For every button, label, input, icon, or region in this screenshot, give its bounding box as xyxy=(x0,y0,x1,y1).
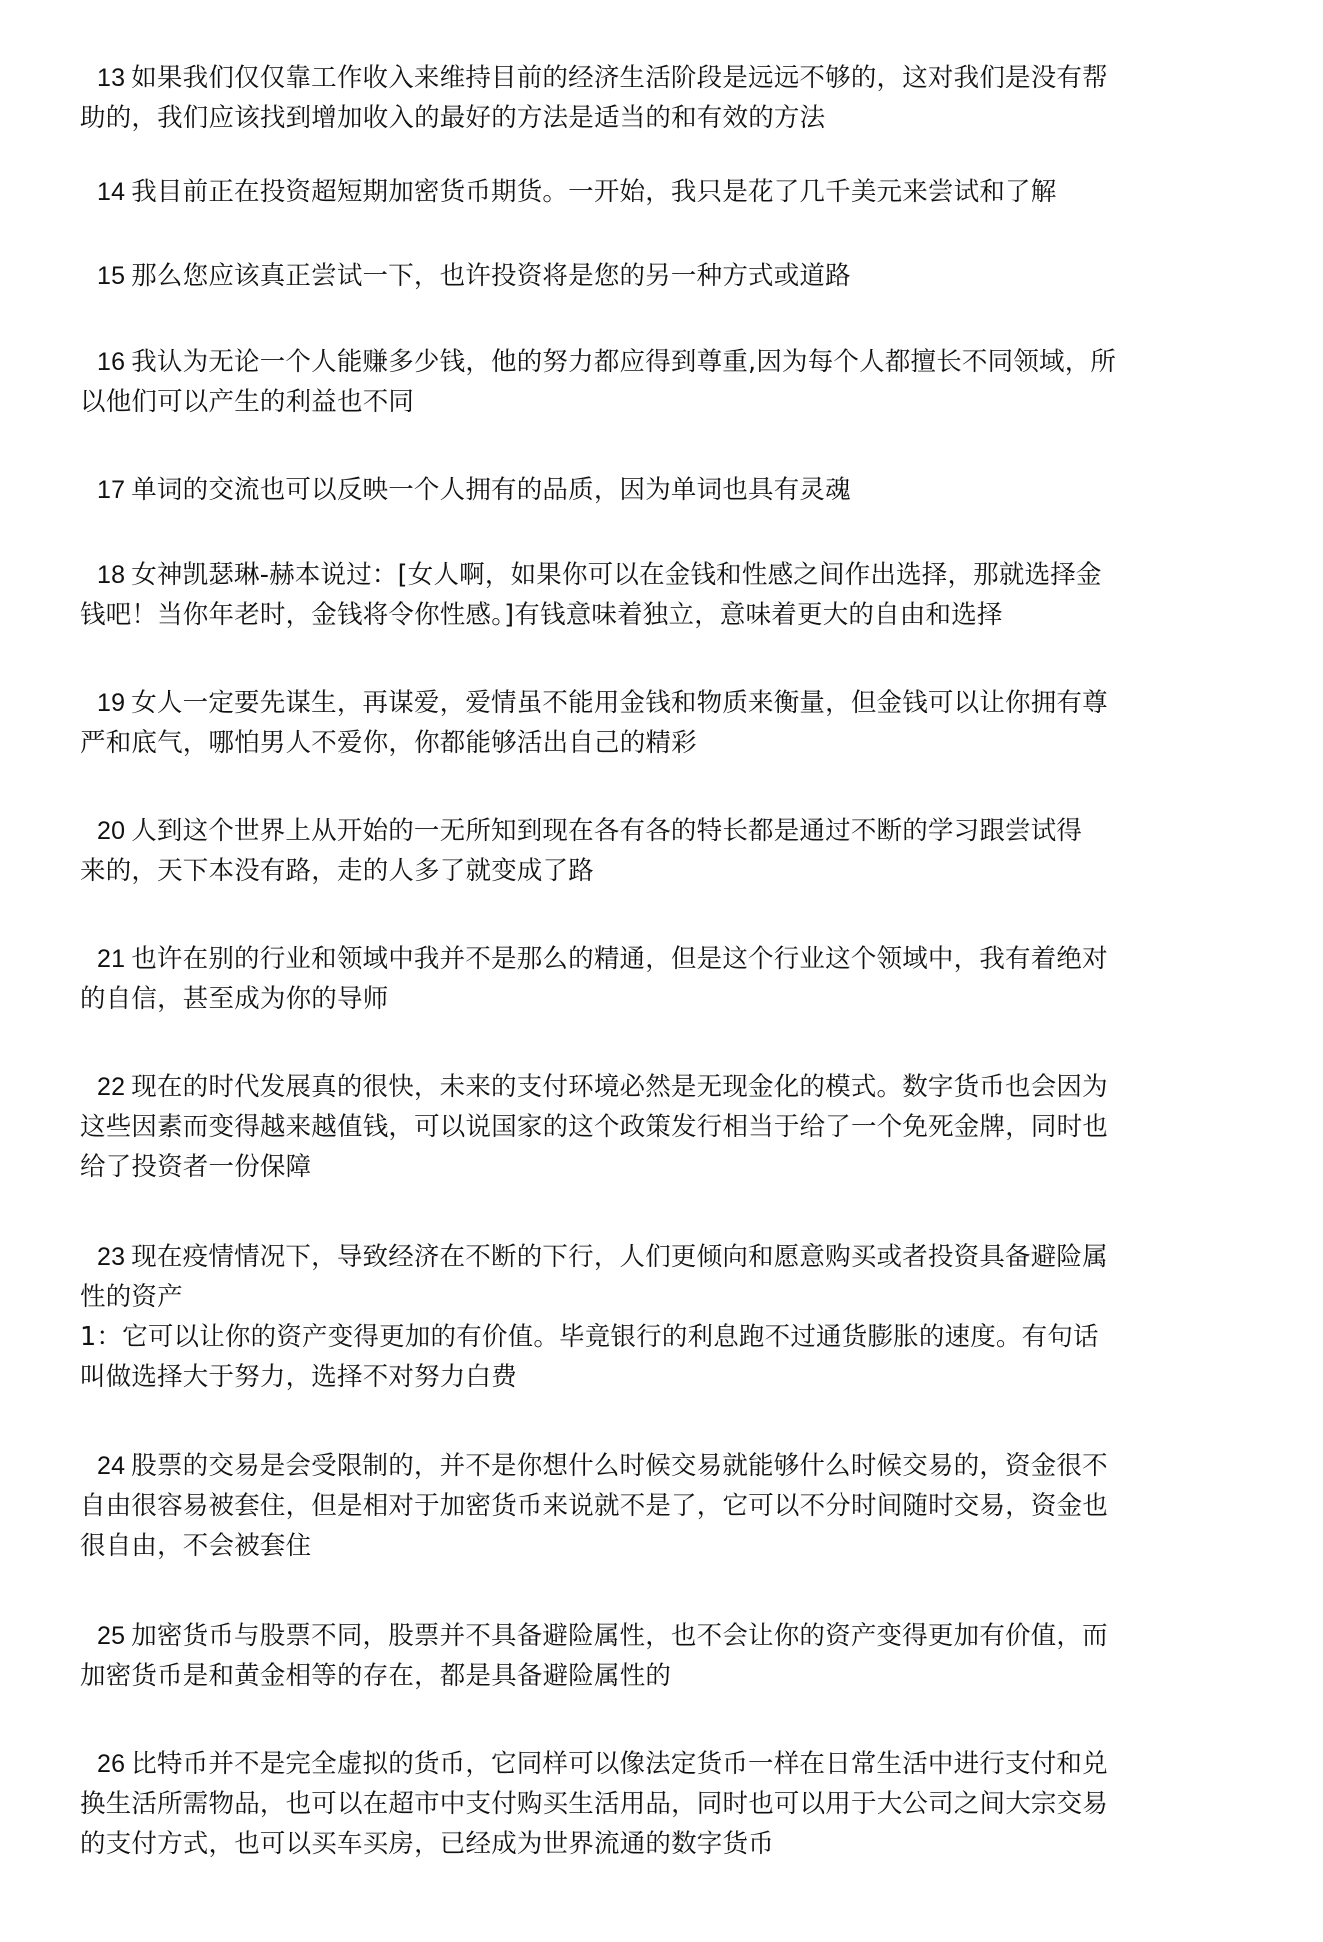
paragraph-line: 换生活所需物品，也可以在超市中支付购买生活用品，同时也可以用于大公司之间大宗交易 xyxy=(80,1784,1250,1824)
paragraph-26: 26比特币并不是完全虚拟的货币，它同样可以像法定货币一样在日常生活中进行支付和兑… xyxy=(80,1744,1250,1864)
paragraph-line: 助的，我们应该找到增加收入的最好的方法是适当的和有效的方法 xyxy=(80,98,1250,138)
item-number: 16 xyxy=(97,348,125,376)
line-text: 我认为无论一个人能赚多少钱，他的努力都应得到尊重,因为每个人都擅长不同领域，所 xyxy=(131,347,1116,377)
paragraph-18: 18女神凯瑟琳-赫本说过：[女人啊，如果你可以在金钱和性感之间作出选择，那就选择… xyxy=(80,555,1250,635)
paragraph-line: 钱吧！当你年老时，金钱将令你性感。]有钱意味着独立，意味着更大的自由和选择 xyxy=(80,595,1250,635)
paragraph-line: 给了投资者一份保障 xyxy=(80,1147,1250,1187)
paragraph-line: 加密货币是和黄金相等的存在，都是具备避险属性的 xyxy=(80,1656,1250,1696)
paragraph-19: 19女人一定要先谋生，再谋爱，爱情虽不能用金钱和物质来衡量，但金钱可以让你拥有尊… xyxy=(80,683,1250,763)
paragraph-line: 25加密货币与股票不同，股票并不具备避险属性，也不会让你的资产变得更加有价值，而 xyxy=(80,1616,1250,1656)
item-number: 13 xyxy=(97,64,125,92)
paragraph-20: 20人到这个世界上从开始的一无所知到现在各有各的特长都是通过不断的学习跟尝试得 … xyxy=(80,811,1250,891)
paragraph-23: 23现在疫情情况下，导致经济在不断的下行，人们更倾向和愿意购买或者投资具备避险属… xyxy=(80,1237,1250,1397)
paragraph-line: 26比特币并不是完全虚拟的货币，它同样可以像法定货币一样在日常生活中进行支付和兑 xyxy=(80,1744,1250,1784)
item-number: 15 xyxy=(97,262,125,290)
line-text: 也许在别的行业和领域中我并不是那么的精通，但是这个行业这个领域中，我有着绝对 xyxy=(131,944,1108,974)
paragraph-line: 严和底气，哪怕男人不爱你，你都能够活出自己的精彩 xyxy=(80,723,1250,763)
paragraph-line: 很自由，不会被套住 xyxy=(80,1526,1250,1566)
item-number: 19 xyxy=(97,689,125,717)
line-text: 加密货币与股票不同，股票并不具备避险属性，也不会让你的资产变得更加有价值，而 xyxy=(131,1621,1108,1651)
paragraph-line: 自由很容易被套住，但是相对于加密货币来说就不是了，它可以不分时间随时交易，资金也 xyxy=(80,1486,1250,1526)
line-text: 人到这个世界上从开始的一无所知到现在各有各的特长都是通过不断的学习跟尝试得 xyxy=(131,816,1082,846)
paragraph-line: 18女神凯瑟琳-赫本说过：[女人啊，如果你可以在金钱和性感之间作出选择，那就选择… xyxy=(80,555,1250,595)
paragraph-line: 16我认为无论一个人能赚多少钱，他的努力都应得到尊重,因为每个人都擅长不同领域，… xyxy=(80,342,1250,382)
item-number: 24 xyxy=(97,1452,125,1480)
line-text: 女人一定要先谋生，再谋爱，爱情虽不能用金钱和物质来衡量，但金钱可以让你拥有尊 xyxy=(131,688,1108,718)
paragraph-17: 17单词的交流也可以反映一个人拥有的品质，因为单词也具有灵魂 xyxy=(80,470,1250,510)
paragraph-line: 以他们可以产生的利益也不同 xyxy=(80,382,1250,422)
item-number: 18 xyxy=(97,561,125,589)
paragraph-line: 这些因素而变得越来越值钱，可以说国家的这个政策发行相当于给了一个免死金牌，同时也 xyxy=(80,1107,1250,1147)
paragraph-line: 14我目前正在投资超短期加密货币期货。一开始，我只是花了几千美元来尝试和了解 xyxy=(80,172,1250,212)
paragraph-line: 24股票的交易是会受限制的，并不是你想什么时候交易就能够什么时候交易的，资金很不 xyxy=(80,1446,1250,1486)
paragraph-25: 25加密货币与股票不同，股票并不具备避险属性，也不会让你的资产变得更加有价值，而… xyxy=(80,1616,1250,1696)
paragraph-line: 15那么您应该真正尝试一下，也许投资将是您的另一种方式或道路 xyxy=(80,256,1250,296)
document-page: 13如果我们仅仅靠工作收入来维持目前的经济生活阶段是远远不够的，这对我们是没有帮… xyxy=(0,0,1323,1942)
paragraph-15: 15那么您应该真正尝试一下，也许投资将是您的另一种方式或道路 xyxy=(80,256,1250,296)
line-text: 那么您应该真正尝试一下，也许投资将是您的另一种方式或道路 xyxy=(131,261,851,291)
line-text: 现在疫情情况下，导致经济在不断的下行，人们更倾向和愿意购买或者投资具备避险属 xyxy=(131,1242,1108,1272)
line-text: 股票的交易是会受限制的，并不是你想什么时候交易就能够什么时候交易的，资金很不 xyxy=(131,1451,1108,1481)
paragraph-line: 叫做选择大于努力，选择不对努力白费 xyxy=(80,1357,1250,1397)
paragraph-line: 21也许在别的行业和领域中我并不是那么的精通，但是这个行业这个领域中，我有着绝对 xyxy=(80,939,1250,979)
line-text: 如果我们仅仅靠工作收入来维持目前的经济生活阶段是远远不够的，这对我们是没有帮 xyxy=(131,63,1108,93)
item-number: 26 xyxy=(97,1750,125,1778)
paragraph-line: 13如果我们仅仅靠工作收入来维持目前的经济生活阶段是远远不够的，这对我们是没有帮 xyxy=(80,58,1250,98)
paragraph-line: 22现在的时代发展真的很快，未来的支付环境必然是无现金化的模式。数字货币也会因为 xyxy=(80,1067,1250,1107)
paragraph-line: 19女人一定要先谋生，再谋爱，爱情虽不能用金钱和物质来衡量，但金钱可以让你拥有尊 xyxy=(80,683,1250,723)
item-number: 17 xyxy=(97,476,125,504)
paragraph-16: 16我认为无论一个人能赚多少钱，他的努力都应得到尊重,因为每个人都擅长不同领域，… xyxy=(80,342,1250,422)
paragraph-21: 21也许在别的行业和领域中我并不是那么的精通，但是这个行业这个领域中，我有着绝对… xyxy=(80,939,1250,1019)
line-text: 现在的时代发展真的很快，未来的支付环境必然是无现金化的模式。数字货币也会因为 xyxy=(131,1072,1108,1102)
paragraph-22: 22现在的时代发展真的很快，未来的支付环境必然是无现金化的模式。数字货币也会因为… xyxy=(80,1067,1250,1187)
paragraph-line: 的自信，甚至成为你的导师 xyxy=(80,979,1250,1019)
line-text: 我目前正在投资超短期加密货币期货。一开始，我只是花了几千美元来尝试和了解 xyxy=(131,177,1056,207)
paragraph-line: 17单词的交流也可以反映一个人拥有的品质，因为单词也具有灵魂 xyxy=(80,470,1250,510)
paragraph-line: 性的资产 xyxy=(80,1277,1250,1317)
paragraph-13: 13如果我们仅仅靠工作收入来维持目前的经济生活阶段是远远不够的，这对我们是没有帮… xyxy=(80,58,1250,138)
paragraph-line: 1：它可以让你的资产变得更加的有价值。毕竟银行的利息跑不过通货膨胀的速度。有句话 xyxy=(80,1317,1250,1357)
paragraph-line: 的支付方式，也可以买车买房，已经成为世界流通的数字货币 xyxy=(80,1824,1250,1864)
item-number: 23 xyxy=(97,1243,125,1271)
paragraph-line: 来的，天下本没有路，走的人多了就变成了路 xyxy=(80,851,1250,891)
item-number: 22 xyxy=(97,1073,125,1101)
paragraph-line: 23现在疫情情况下，导致经济在不断的下行，人们更倾向和愿意购买或者投资具备避险属 xyxy=(80,1237,1250,1277)
item-number: 21 xyxy=(97,945,125,973)
line-text: 比特币并不是完全虚拟的货币，它同样可以像法定货币一样在日常生活中进行支付和兑 xyxy=(131,1749,1108,1779)
item-number: 25 xyxy=(97,1622,125,1650)
line-text: 女神凯瑟琳-赫本说过：[女人啊，如果你可以在金钱和性感之间作出选择，那就选择金 xyxy=(131,560,1101,590)
item-number: 14 xyxy=(97,178,125,206)
paragraph-line: 20人到这个世界上从开始的一无所知到现在各有各的特长都是通过不断的学习跟尝试得 xyxy=(80,811,1250,851)
paragraph-14: 14我目前正在投资超短期加密货币期货。一开始，我只是花了几千美元来尝试和了解 xyxy=(80,172,1250,212)
item-number: 20 xyxy=(97,817,125,845)
line-text: 单词的交流也可以反映一个人拥有的品质，因为单词也具有灵魂 xyxy=(131,475,851,505)
paragraph-24: 24股票的交易是会受限制的，并不是你想什么时候交易就能够什么时候交易的，资金很不… xyxy=(80,1446,1250,1566)
